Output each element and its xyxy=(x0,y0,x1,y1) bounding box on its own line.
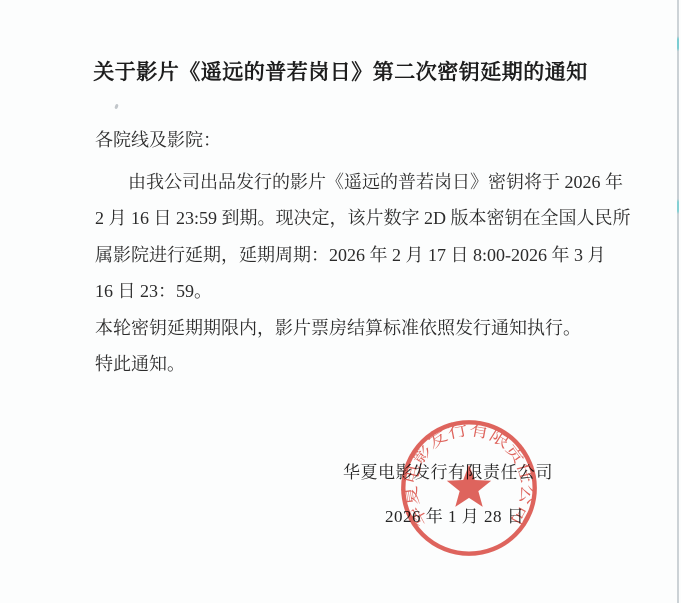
body-line: 16 日 23：59。 xyxy=(95,273,573,309)
document-title: 关于影片《遥远的普若岗日》第二次密钥延期的通知 xyxy=(0,56,681,86)
body-line: 2 月 16 日 23:59 到期。现决定，该片数字 2D 版本密钥在全国人民所 xyxy=(95,200,573,236)
salutation: 各院线及影院： xyxy=(95,122,221,158)
notice-document: 关于影片《遥远的普若岗日》第二次密钥延期的通知 各院线及影院： 由我公司出品发行… xyxy=(0,0,681,603)
body-line: 本轮密钥延期期限内，影片票房结算标准依照发行通知执行。 xyxy=(95,310,573,346)
scan-edge-artifact xyxy=(677,0,679,603)
scan-speck-artifact xyxy=(114,104,119,110)
body-text: 由我公司出品发行的影片《遥远的普若岗日》密钥将于 2026 年 2 月 16 日… xyxy=(95,164,573,382)
body-line: 属影院进行延期，延期周期：2026 年 2 月 17 日 8:00-2026 年… xyxy=(95,237,573,273)
body-line: 由我公司出品发行的影片《遥远的普若岗日》密钥将于 2026 年 xyxy=(95,164,573,200)
body-line: 特此通知。 xyxy=(95,346,573,382)
star-icon xyxy=(447,465,491,507)
company-seal-stamp: 华夏电影发行有限责任公司 xyxy=(396,415,542,561)
